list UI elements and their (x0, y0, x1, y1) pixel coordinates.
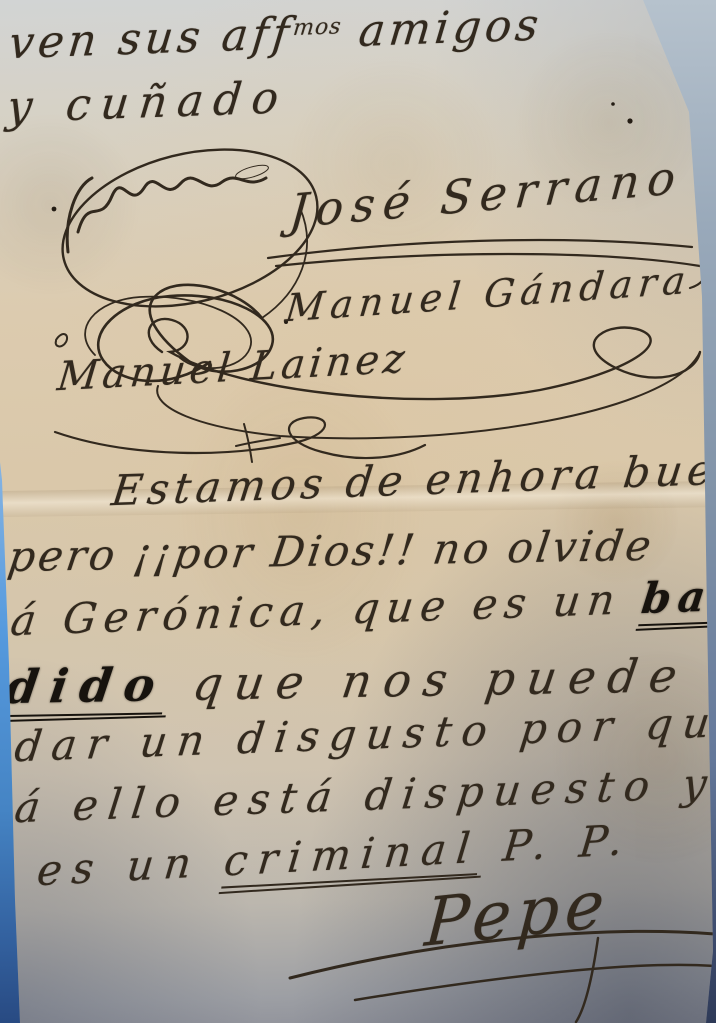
rubric-scribble-name (67, 178, 266, 252)
postscript-line-3: á Gerónica, que es un ban (8, 570, 716, 645)
postscript-line-4-underlined-word: dido (2, 657, 170, 717)
letter-photograph: ven sus affmos amigos y cuñado José Serr… (0, 0, 716, 1023)
lainez-underline-flourish (55, 417, 425, 458)
signature-manuel-lainez: Manuel Lainez (55, 336, 411, 401)
stray-e-mark (56, 334, 67, 346)
letter-paper-sheet: ven sus affmos amigos y cuñado José Serr… (0, 0, 716, 1023)
lainez-cross-mark (236, 424, 280, 462)
rubric-ink-dash (234, 163, 269, 182)
ink-speck (627, 118, 632, 123)
signature-jose-serrano: José Serrano (287, 150, 685, 239)
pepe-descender-tail (576, 938, 598, 1022)
pepe-underline-flourish-2 (355, 965, 714, 1000)
closing-line-2: y cuñado (5, 72, 291, 133)
closing-line-1-post: amigos (338, 0, 545, 58)
ink-speck (52, 207, 57, 212)
closing-line-1-superscript: mos (292, 14, 343, 41)
postscript-line-3-text: á Gerónica, que es un (8, 574, 645, 645)
closing-line-1: ven sus affmos amigos (7, 0, 545, 69)
postscript-line-7-post: P. P. (477, 815, 635, 872)
ink-speck (611, 102, 615, 106)
postscript-line-2: pero ¡¡por Dios!! no olvide (5, 521, 657, 581)
signature-manuel-gandara: Manuel Gándara (283, 258, 693, 331)
postscript-line-7-underlined-word: criminal (221, 823, 482, 889)
postscript-line-1: Estamos de enhora buena (109, 443, 716, 516)
postscript-line-3-underlined-word: ban (638, 570, 716, 626)
closing-line-1-pre: ven sus aff (7, 8, 296, 69)
postscript-line-7-pre: es un (35, 836, 227, 895)
